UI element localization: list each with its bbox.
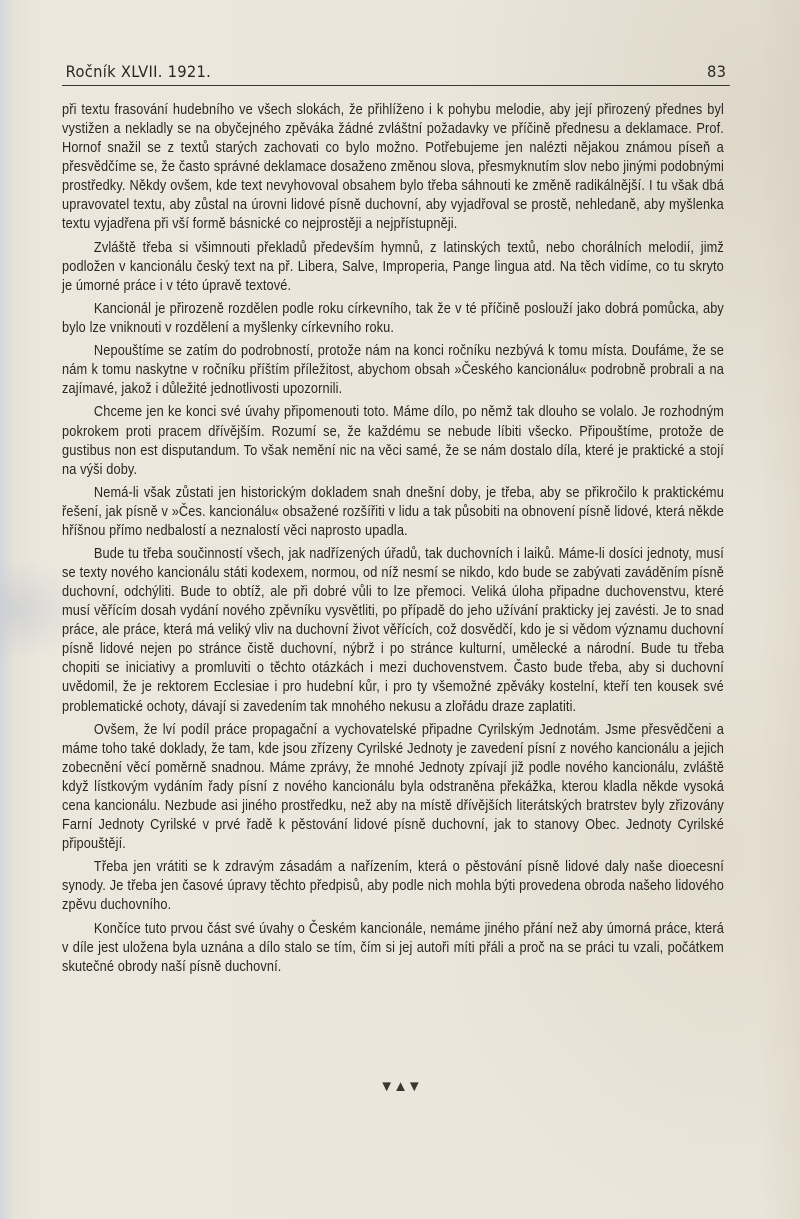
paragraph: Třeba jen vrátiti se k zdravým zásadám a… xyxy=(62,857,724,914)
paragraph: Kancionál je přirozeně rozdělen podle ro… xyxy=(62,299,724,337)
paragraph: Chceme jen ke konci své úvahy připomenou… xyxy=(62,402,724,478)
running-header: Ročník XLVII. 1921. 83 xyxy=(62,62,730,86)
paragraph: Nepouštíme se zatím do podrobností, prot… xyxy=(62,341,724,398)
paragraph: Bude tu třeba součinností všech, jak nad… xyxy=(62,544,724,715)
running-title: Ročník XLVII. 1921. xyxy=(66,62,211,81)
page-number: 83 xyxy=(707,62,726,81)
paragraph: při textu frasování hudebního ve všech s… xyxy=(62,100,724,233)
paragraph: Ovšem, že lví podíl práce propagační a v… xyxy=(62,720,724,853)
page: Ročník XLVII. 1921. 83 při textu frasová… xyxy=(62,62,724,980)
paragraph: Nemá-li však zůstati jen historickým dok… xyxy=(62,483,724,540)
paragraph: Zvláště třeba si všimnouti překladů před… xyxy=(62,238,724,295)
paragraph: Končíce tuto prvou část své úvahy o Česk… xyxy=(62,919,724,976)
triangle-ornament-icon: ▼▲▼ xyxy=(0,1078,800,1095)
article-body: při textu frasování hudebního ve všech s… xyxy=(62,100,724,976)
